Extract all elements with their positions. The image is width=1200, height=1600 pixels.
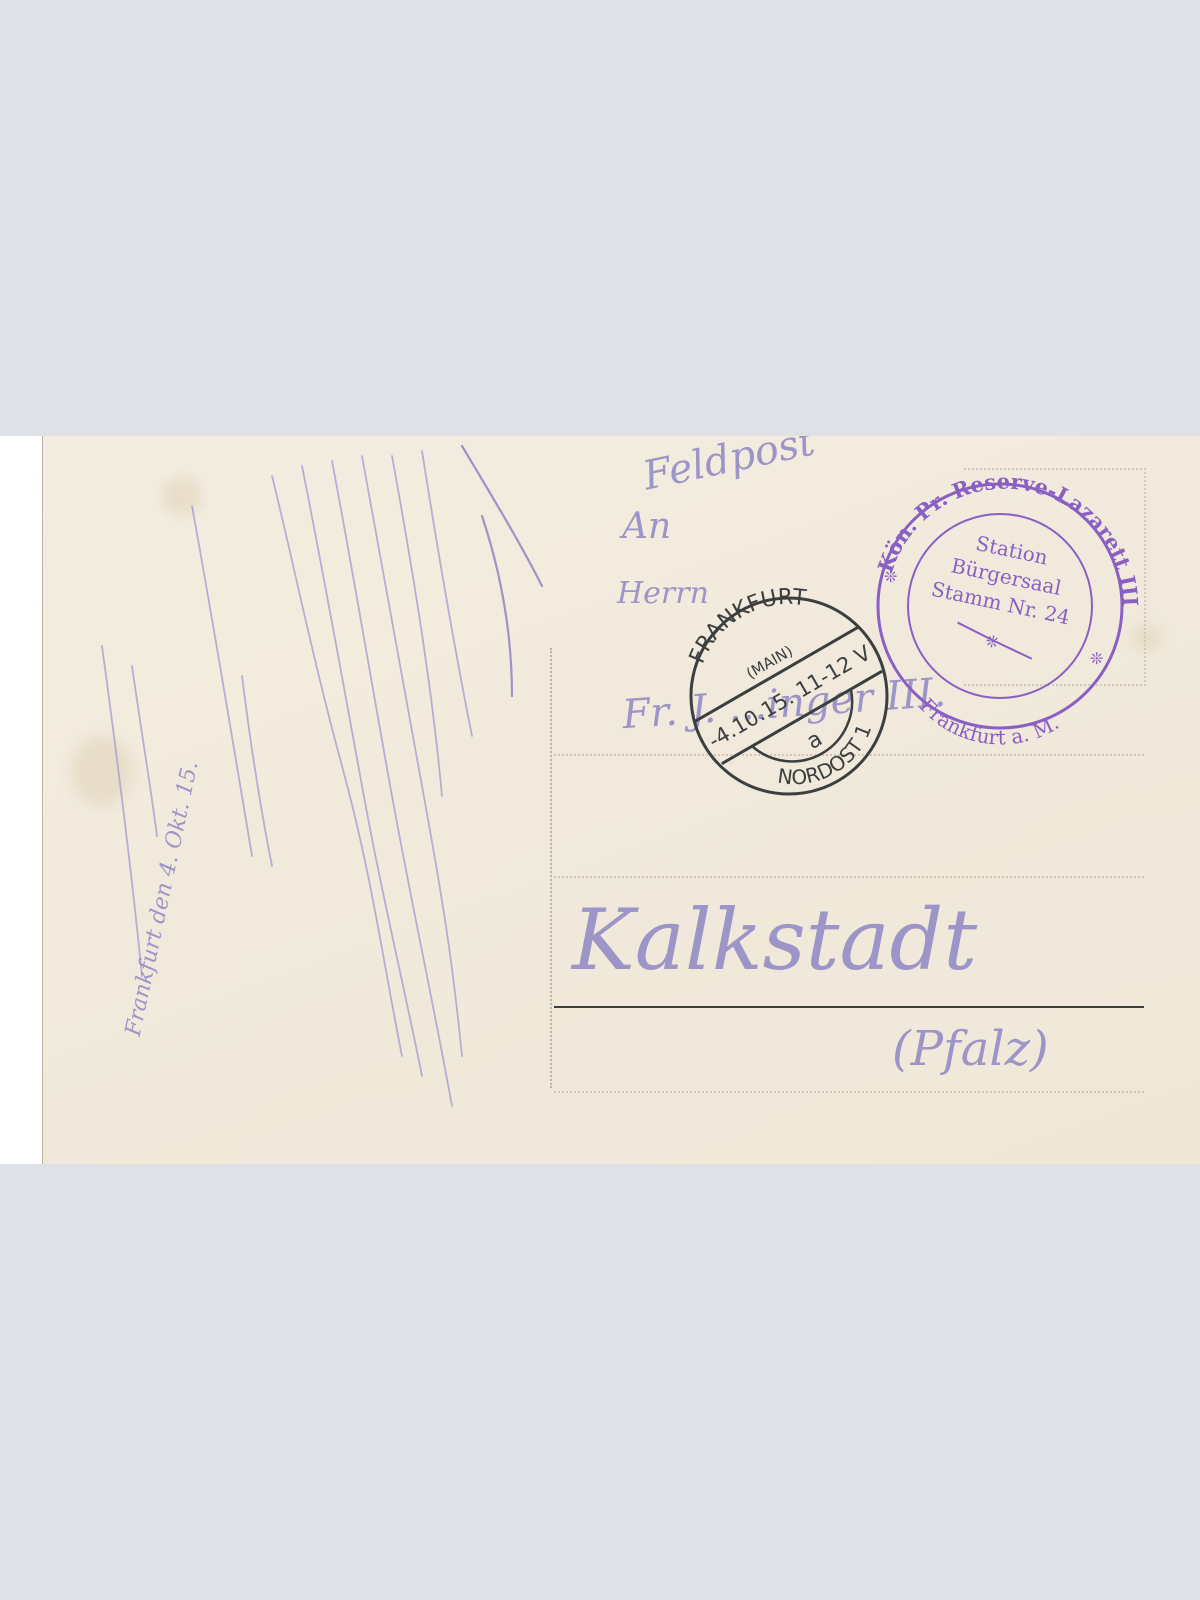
scanned-image: Frankfurt den 4. Okt. 15. Feldpost An He… bbox=[0, 436, 1200, 1164]
postmark-letter: a bbox=[803, 726, 827, 754]
postcard: Frankfurt den 4. Okt. 15. Feldpost An He… bbox=[42, 436, 1200, 1164]
postmark-city: FRANKFURT bbox=[672, 564, 818, 675]
postmark: FRANKFURT (MAIN) -4.10.15. 11-12 V a NOR… bbox=[42, 436, 1200, 1164]
postmark-sub: (MAIN) bbox=[743, 642, 796, 683]
svg-text:FRANKFURT: FRANKFURT bbox=[672, 564, 818, 675]
